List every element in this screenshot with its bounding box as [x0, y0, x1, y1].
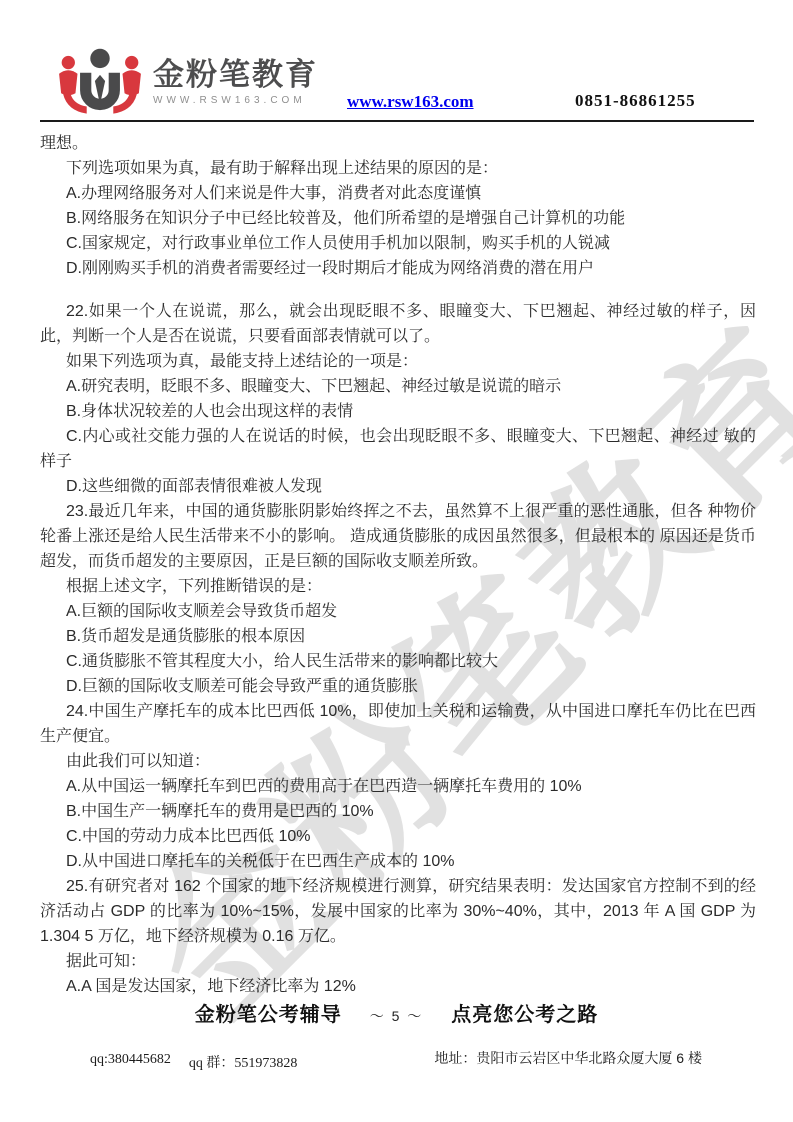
footer-qq: qq:380445682 — [90, 1052, 171, 1072]
document-body: 理想。下列选项如果为真，最有助于解释出现上述结果的原因的是：A.办理网络服务对人… — [40, 131, 756, 999]
paragraph: 23.最近几年来，中国的通货膨胀阴影始终挥之不去，虽然算不上很严重的恶性通胀，但… — [40, 499, 756, 574]
paragraph: 据此可知： — [40, 949, 756, 974]
brand-name: 金粉笔教育 — [153, 58, 318, 92]
paragraph: 由此我们可以知道： — [40, 749, 756, 774]
paragraph: A.巨额的国际收支顺差会导致货币超发 — [40, 599, 756, 624]
paragraph: 下列选项如果为真，最有助于解释出现上述结果的原因的是： — [40, 156, 756, 181]
footer-qq-wrap: qq:380445682 qq 群：551973828 — [90, 1052, 297, 1072]
paragraph: A.从中国运一辆摩托车到巴西的费用高于在巴西造一辆摩托车费用的 10% — [40, 774, 756, 799]
paragraph: A.办理网络服务对人们来说是件大事，消费者对此态度谨慎 — [40, 181, 756, 206]
document-page: 金粉笔教育 金粉笔教育 WWW.RSW163.COM — [0, 0, 793, 1122]
paragraph: C.内心或社交能力强的人在说话的时候，也会出现眨眼不多、眼瞳变大、下巴翘起、神经… — [40, 424, 756, 474]
paragraph: 理想。 — [40, 131, 756, 156]
footer-tagline-row: 金粉笔公考辅导 ～ 5 ～ 点亮您公考之路 — [0, 998, 793, 1027]
page-header: 金粉笔教育 WWW.RSW163.COM www.rsw163.com 0851… — [0, 0, 793, 122]
footer-contact-row: qq:380445682 qq 群：551973828 地址：贵阳市云岩区中华北… — [90, 1048, 702, 1072]
footer-qq-group: qq 群：551973828 — [189, 1052, 298, 1072]
paragraph: 22.如果一个人在说谎，那么，就会出现眨眼不多、眼瞳变大、下巴翘起、神经过敏的样… — [40, 299, 756, 349]
brand-logo-text: 金粉笔教育 WWW.RSW163.COM — [153, 46, 318, 106]
paragraph: C.通货膨胀不管其程度大小，给人民生活带来的影响都比较大 — [40, 649, 756, 674]
brand-logo: 金粉笔教育 WWW.RSW163.COM — [55, 46, 318, 120]
paragraph: C.中国的劳动力成本比巴西低 10% — [40, 824, 756, 849]
brand-logo-icon — [55, 46, 145, 120]
paragraph: B.网络服务在知识分子中已经比较普及，他们所希望的是增强自己计算机的功能 — [40, 206, 756, 231]
website-link[interactable]: www.rsw163.com — [347, 92, 474, 112]
footer-address: 地址：贵阳市云岩区中华北路众厦大厦 6 楼 — [434, 1048, 702, 1068]
header-divider — [40, 120, 754, 122]
paragraph: A.研究表明，眨眼不多、眼瞳变大、下巴翘起、神经过敏是说谎的暗示 — [40, 374, 756, 399]
paragraph: D.刚刚购买手机的消费者需要经过一段时期后才能成为网络消费的潜在用户 — [40, 256, 756, 281]
phone-number: 0851-86861255 — [575, 91, 696, 111]
brand-site-url: WWW.RSW163.COM — [153, 95, 318, 106]
footer-brand: 金粉笔公考辅导 — [195, 998, 342, 1027]
paragraph: B.身体状况较差的人也会出现这样的表情 — [40, 399, 756, 424]
paragraph: D.从中国进口摩托车的关税低于在巴西生产成本的 10% — [40, 849, 756, 874]
paragraph: B.中国生产一辆摩托车的费用是巴西的 10% — [40, 799, 756, 824]
paragraph: 25.有研究者对 162 个国家的地下经济规模进行测算，研究结果表明：发达国家官… — [40, 874, 756, 949]
paragraph: D.这些细微的面部表情很难被人发现 — [40, 474, 756, 499]
paragraph: A.A 国是发达国家，地下经济比率为 12% — [40, 974, 756, 999]
paragraph: 如果下列选项为真，最能支持上述结论的一项是： — [40, 349, 756, 374]
page-number: ～ 5 ～ — [370, 1006, 424, 1026]
paragraph: 24.中国生产摩托车的成本比巴西低 10%，即使加上关税和运输费，从中国进口摩托… — [40, 699, 756, 749]
paragraph: B.货币超发是通货膨胀的根本原因 — [40, 624, 756, 649]
footer-slogan: 点亮您公考之路 — [451, 998, 598, 1027]
paragraph: D.巨额的国际收支顺差可能会导致严重的通货膨胀 — [40, 674, 756, 699]
paragraph: C.国家规定，对行政事业单位工作人员使用手机加以限制，购买手机的人锐减 — [40, 231, 756, 256]
paragraph: 根据上述文字，下列推断错误的是： — [40, 574, 756, 599]
